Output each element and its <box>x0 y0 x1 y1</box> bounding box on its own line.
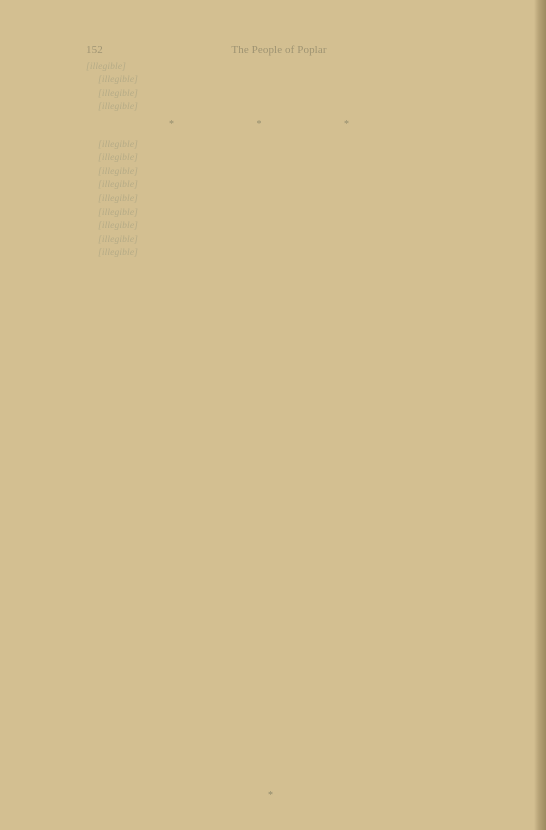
running-title: The People of Poplar <box>150 44 472 58</box>
page-number: 152 <box>86 44 150 58</box>
paragraph: [illegible] <box>86 219 472 233</box>
paragraph: [illegible] <box>86 87 472 101</box>
page-header: 152 The People of Poplar <box>86 44 472 58</box>
paragraph: [illegible] <box>86 233 472 247</box>
book-page: 152 The People of Poplar [illegible] [il… <box>86 44 472 260</box>
footer-mark: * <box>268 790 273 801</box>
paragraph: [illegible] <box>86 246 472 260</box>
paragraph: [illegible] <box>86 165 472 179</box>
paragraph: [illegible] <box>86 73 472 87</box>
section-break: * * * <box>86 118 472 132</box>
paragraph: [illegible] <box>86 206 472 220</box>
page-edge <box>534 0 546 830</box>
paragraph: [illegible] <box>86 138 472 152</box>
paragraph: [illegible] <box>86 178 472 192</box>
paragraph: [illegible] <box>86 151 472 165</box>
paragraph: [illegible] <box>86 192 472 206</box>
paragraph: [illegible] <box>86 60 472 74</box>
paragraph: [illegible] <box>86 100 472 114</box>
